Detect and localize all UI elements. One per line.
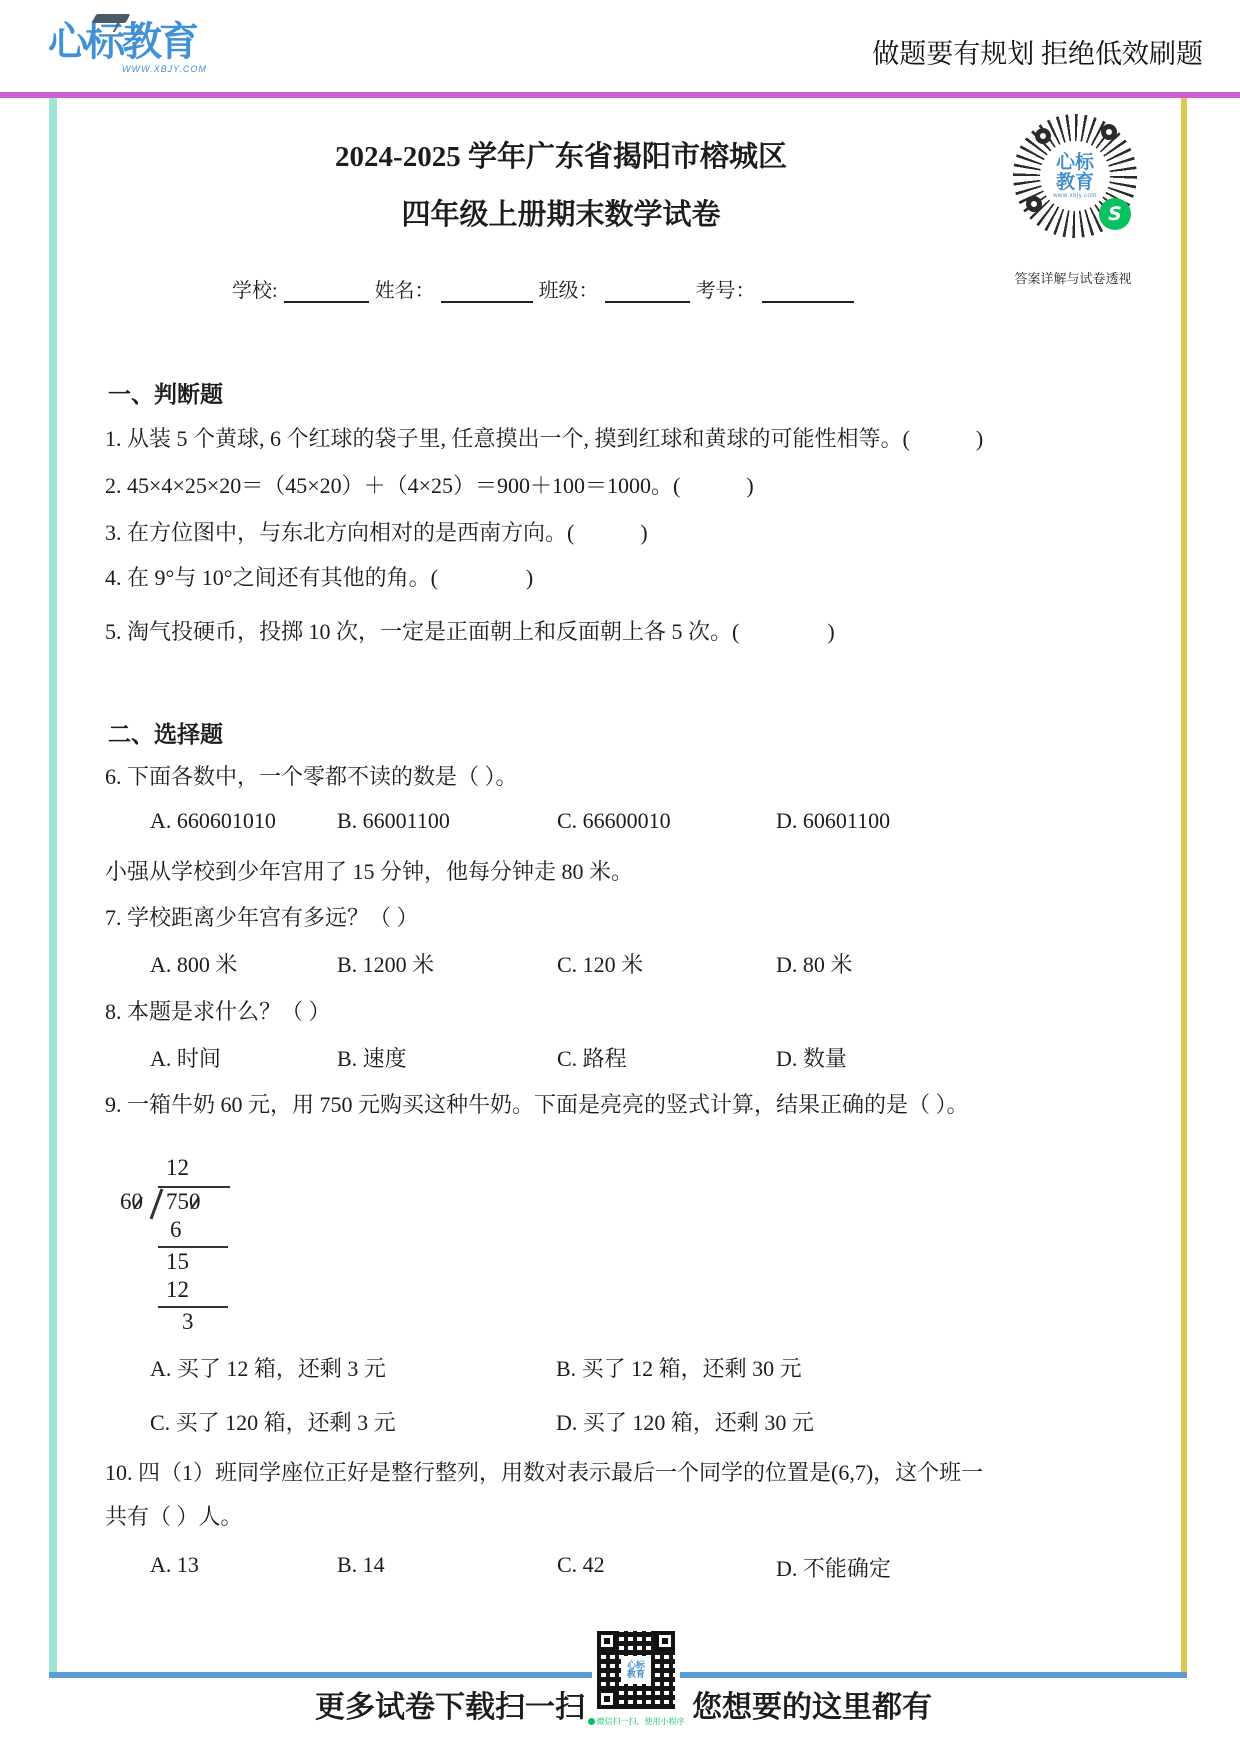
division-step-2: 15 [166,1250,189,1274]
question-8: 8. 本题是求什么？（ ） [105,995,331,1026]
qr-module-pattern: 心标 教育 [597,1631,675,1709]
option-a: A. 660601010 [150,808,276,834]
school-label: 学校: [232,274,278,303]
division-dividend: 750 [166,1190,201,1214]
option-d: D. 数量 [776,1042,847,1073]
context-line: 小强从学校到少年宫用了 15 分钟，他每分钟走 80 米。 [105,855,633,886]
question-5: 5. 淘气投硬币，投掷 10 次，一定是正面朝上和反面朝上各 5 次。( ) [105,615,835,646]
division-bracket [150,1188,164,1219]
school-blank [284,279,369,303]
question-7: 7. 学校距离少年宫有多远？（ ） [105,901,419,932]
question-10-line2: 共有（ ）人。 [105,1500,243,1531]
division-quotient: 12 [166,1156,189,1180]
option-c: C. 路程 [557,1042,627,1073]
qr-center-logo: 心标 教育 [621,1656,651,1684]
option-a: A. 买了 12 箱，还剩 3 元 [150,1352,386,1383]
question-9-options-row-1: A. 买了 12 箱，还剩 3 元 B. 买了 12 箱，还剩 30 元 [0,1352,1240,1382]
option-d: D. 不能确定 [776,1552,891,1583]
class-label: 班级： [539,274,599,303]
question-3: 3. 在方位图中，与东北方向相对的是西南方向。( ) [105,516,648,547]
footer-qr-code: 心标 教育 [592,1626,680,1714]
qr-finder-icon [655,1631,675,1651]
option-c: C. 120 米 [557,948,643,979]
long-division-diagram: 12 60 750 6 15 12 3 [108,1148,258,1338]
answer-miniprogram-qr-code: 心标 教育 www.xbjy.com S [1013,114,1137,238]
qr-eye-icon [1035,128,1051,144]
exam-title-line2: 四年级上册期末数学试卷 [401,192,720,233]
qr-finder-icon [597,1689,617,1709]
division-step-3: 12 [166,1278,189,1302]
division-remainder: 3 [182,1310,194,1334]
question-9: 9. 一箱牛奶 60 元，用 750 元购买这种牛奶。下面是亮亮的竖式计算，结果… [105,1088,969,1119]
exam-no-blank [762,279,854,303]
page-border-left [49,98,57,1678]
question-1: 1. 从装 5 个黄球, 6 个红球的袋子里, 任意摸出一个, 摸到红球和黄球的… [105,422,983,453]
option-d: D. 60601100 [776,808,890,834]
question-2: 2. 45×4×25×20＝（45×20）＋（4×25）＝900＋100＝100… [105,469,754,500]
option-b: B. 1200 米 [337,948,434,979]
division-rule [158,1246,228,1248]
brand-logo-text: 心标教育 [48,20,196,64]
exam-no-label: 考号： [696,274,756,303]
footer-right-text: 您想要的这里都有 [692,1682,932,1726]
header-slogan: 做题要有规划 拒绝低效刷题 [872,32,1203,71]
option-d: D. 买了 120 箱，还剩 30 元 [556,1406,814,1437]
student-info-line: 学校: 姓名： 班级： 考号： [232,274,854,303]
qr-eye-icon [1101,124,1117,140]
name-blank [441,279,533,303]
option-a: A. 时间 [150,1042,221,1073]
graduation-cap-icon [92,14,131,23]
question-4: 4. 在 9°与 10°之间还有其他的角。( ) [105,561,533,592]
option-b: B. 速度 [337,1042,407,1073]
brand-logo: 心标教育 WWW.XBJY.COM [48,20,238,80]
footer-qr-caption: 微信扫一扫，使用小程序 [578,1716,694,1727]
option-a: A. 13 [150,1552,199,1578]
qr-finder-icon [597,1631,617,1651]
option-b: B. 14 [337,1552,385,1578]
qr-center-logo: 心标 教育 www.xbjy.com [1040,141,1110,211]
exam-page: 心标教育 WWW.XBJY.COM 做题要有规划 拒绝低效刷题 2024-202… [0,0,1240,1754]
option-c: C. 66600010 [557,808,671,834]
division-vinculum [158,1186,230,1188]
question-9-options-row-2: C. 买了 120 箱，还剩 3 元 D. 买了 120 箱，还剩 30 元 [0,1406,1240,1436]
question-10-options: A. 13 B. 14 C. 42 D. 不能确定 [0,1552,1240,1582]
qr-caption: 答案详解与试卷透视 [1003,268,1143,287]
header-divider [0,92,1240,98]
option-c: C. 42 [557,1552,605,1578]
option-a: A. 800 米 [150,948,237,979]
class-blank [605,279,690,303]
name-label: 姓名： [375,274,435,303]
division-step-1: 6 [170,1218,182,1242]
division-divisor: 60 [120,1190,143,1214]
section-2-heading: 二、选择题 [108,716,223,749]
wechat-dot-icon [588,1718,595,1725]
option-c: C. 买了 120 箱，还剩 3 元 [150,1406,396,1437]
exam-title-line1: 2024-2025 学年广东省揭阳市榕城区 [335,134,787,175]
option-b: B. 买了 12 箱，还剩 30 元 [556,1352,802,1383]
qr-eye-icon [1026,196,1042,212]
option-d: D. 80 米 [776,948,852,979]
question-6: 6. 下面各数中，一个零都不读的数是（ ）。 [105,760,518,791]
question-10-line1: 10. 四（1）班同学座位正好是整行整列，用数对表示最后一个同学的位置是(6,7… [105,1456,983,1487]
division-rule [158,1306,228,1308]
question-7-options: A. 800 米 B. 1200 米 C. 120 米 D. 80 米 [0,948,1240,978]
brand-logo-url: WWW.XBJY.COM [122,64,207,74]
option-b: B. 66001100 [337,808,450,834]
question-6-options: A. 660601010 B. 66001100 C. 66600010 D. … [0,808,1240,838]
wechat-miniprogram-icon: S [1099,198,1131,230]
question-8-options: A. 时间 B. 速度 C. 路程 D. 数量 [0,1042,1240,1072]
section-1-heading: 一、判断题 [108,376,223,409]
footer-left-text: 更多试卷下载扫一扫 [270,1682,585,1726]
